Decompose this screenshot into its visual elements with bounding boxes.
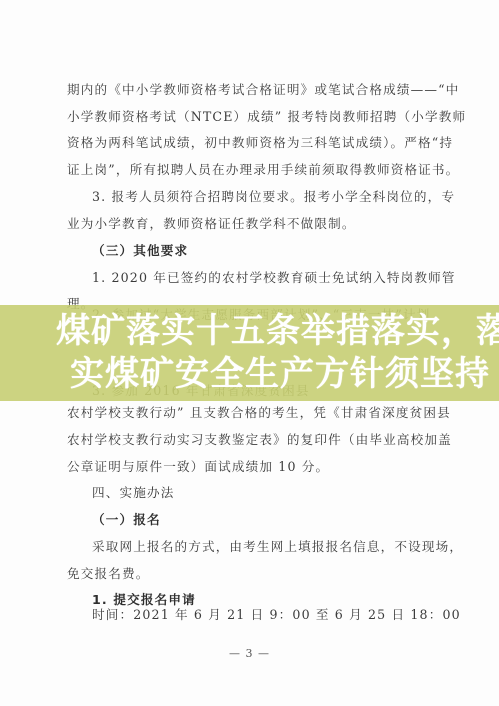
document-line: 业为小学教育，教师资格证任教学科不做限制。 [67,216,437,232]
document-line: 时间：2021 年 6 月 21 日 9：00 至 6 月 25 日 18：00 [92,607,462,623]
document-line: 免交报名费。 [67,566,437,582]
headline-title: 煤矿落实十五条举措落实，落 实煤矿安全生产方针须坚持 [0,305,499,401]
document-line: 公章证明与原件一致）面试成绩加 10 分。 [67,459,437,475]
subsection-heading: 1. 提交报名申请 [92,592,462,608]
headline-title-line2: 实煤矿安全生产方针须坚持 [0,353,499,396]
subsection-heading: （一）报名 [92,512,462,528]
document-line: 1. 2020 年已签约的农村学校教育硕士免试纳入特岗教师管 [92,270,462,286]
document-line: 农村学校支教行动实习支教鉴定表》的复印件（由毕业高校加盖 [67,432,437,448]
document-line: 采取网上报名的方式，由考生网上填报报名信息，不设现场， [92,539,462,555]
document-line: 期内的《中小学教师资格考试合格证明》或笔试合格成绩——“中 [67,82,437,98]
document-line: 3. 报考人员须符合招聘岗位要求。报考小学全科岗位的，专 [92,189,462,205]
document-line: 证上岗”，所有拟聘人员在办理录用手续前须取得教师资格证书。 [67,162,437,178]
section-heading: （三）其他要求 [92,243,462,259]
document-line: 小学教师资格考试（NTCE）成绩” 报考特岗教师招聘（小学教师 [67,109,437,125]
headline-title-line1: 煤矿落实十五条举措落实，落 [0,310,499,353]
section-heading: 四、实施办法 [92,485,462,501]
document-line: 农村学校支教行动” 且支教合格的考生，凭《甘肃省深度贫困县 [67,405,437,421]
page-number: — 3 — [0,647,499,660]
document-line: 资格为两科笔试成绩，初中教师资格为三科笔试成绩）。严格“持 [67,135,437,151]
